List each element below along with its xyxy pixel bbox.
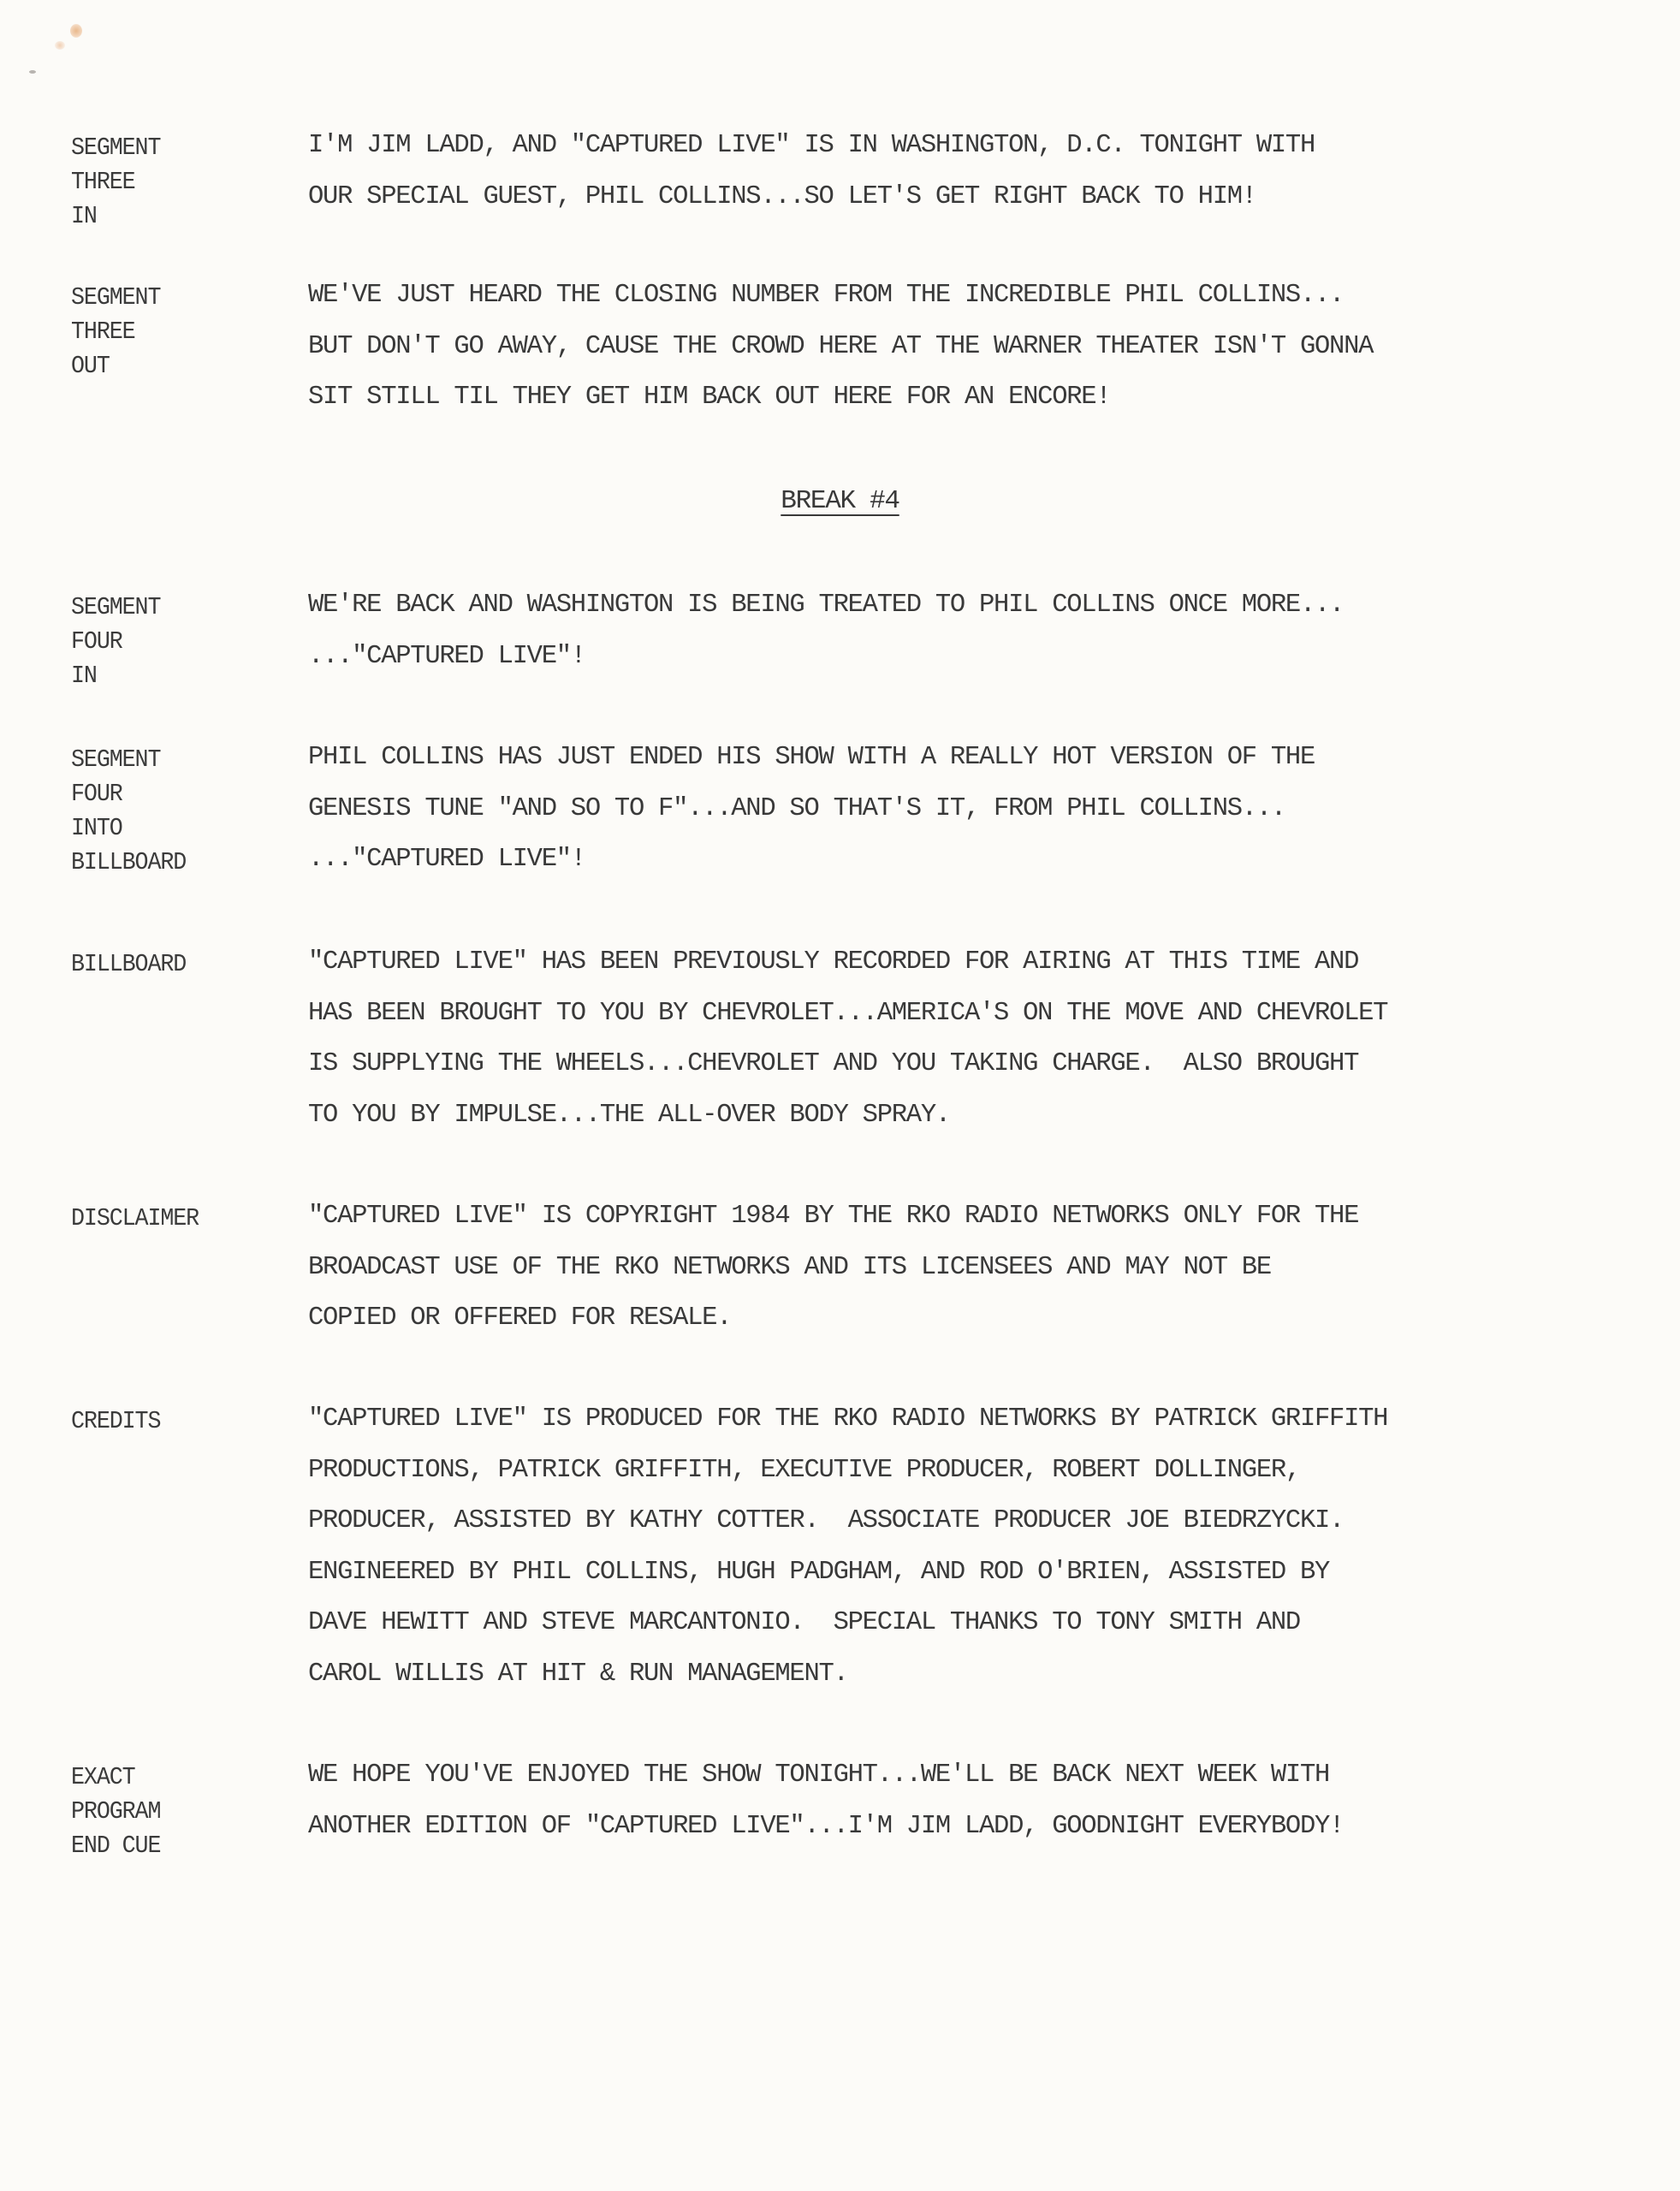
script-page: SEGMENT THREE IN I'M JIM LADD, AND "CAPT…: [0, 0, 1680, 2191]
text-line: ..."CAPTURED LIVE"!: [308, 834, 1624, 885]
text-line: OUR SPECIAL GUEST, PHIL COLLINS...SO LET…: [308, 171, 1624, 223]
section-label: BILLBOARD: [71, 947, 268, 982]
stain-spot: [29, 70, 36, 74]
stain-spot: [70, 24, 82, 38]
text-line: BROADCAST USE OF THE RKO NETWORKS AND IT…: [308, 1242, 1624, 1293]
text-line: CAROL WILLIS AT HIT & RUN MANAGEMENT.: [308, 1648, 1624, 1700]
text-line: PRODUCTIONS, PATRICK GRIFFITH, EXECUTIVE…: [308, 1445, 1624, 1496]
text-line: TO YOU BY IMPULSE...THE ALL-OVER BODY SP…: [308, 1090, 1624, 1141]
section-text: WE'VE JUST HEARD THE CLOSING NUMBER FROM…: [308, 270, 1643, 423]
break-heading-text: BREAK #4: [781, 486, 899, 516]
section-text: PHIL COLLINS HAS JUST ENDED HIS SHOW WIT…: [308, 732, 1643, 885]
text-line: "CAPTURED LIVE" IS PRODUCED FOR THE RKO …: [308, 1393, 1624, 1445]
section-label: SEGMENT THREE OUT: [71, 281, 268, 383]
section-label: EXACT PROGRAM END CUE: [71, 1761, 268, 1863]
text-line: IS SUPPLYING THE WHEELS...CHEVROLET AND …: [308, 1038, 1624, 1090]
section-text: WE'RE BACK AND WASHINGTON IS BEING TREAT…: [308, 579, 1643, 681]
paper-stain: [26, 19, 94, 87]
section-label: DISCLAIMER: [71, 1202, 268, 1236]
section-label: SEGMENT THREE IN: [71, 131, 268, 234]
section-text: "CAPTURED LIVE" IS PRODUCED FOR THE RKO …: [308, 1393, 1643, 1699]
section-label: SEGMENT FOUR IN: [71, 591, 268, 693]
text-line: PRODUCER, ASSISTED BY KATHY COTTER. ASSO…: [308, 1495, 1624, 1547]
text-line: SIT STILL TIL THEY GET HIM BACK OUT HERE…: [308, 371, 1624, 423]
section-text: I'M JIM LADD, AND "CAPTURED LIVE" IS IN …: [308, 120, 1643, 222]
text-line: "CAPTURED LIVE" IS COPYRIGHT 1984 BY THE…: [308, 1191, 1624, 1242]
text-line: BUT DON'T GO AWAY, CAUSE THE CROWD HERE …: [308, 321, 1624, 372]
text-line: ENGINEERED BY PHIL COLLINS, HUGH PADGHAM…: [308, 1547, 1624, 1598]
text-line: HAS BEEN BROUGHT TO YOU BY CHEVROLET...A…: [308, 988, 1624, 1039]
section-text: WE HOPE YOU'VE ENJOYED THE SHOW TONIGHT.…: [308, 1749, 1643, 1851]
section-label: CREDITS: [71, 1404, 268, 1439]
stain-spot: [55, 41, 65, 50]
break-heading: BREAK #4: [0, 484, 1680, 519]
text-line: "CAPTURED LIVE" HAS BEEN PREVIOUSLY RECO…: [308, 936, 1624, 988]
section-label: SEGMENT FOUR INTO BILLBOARD: [71, 743, 268, 880]
section-text: "CAPTURED LIVE" IS COPYRIGHT 1984 BY THE…: [308, 1191, 1643, 1344]
text-line: ANOTHER EDITION OF "CAPTURED LIVE"...I'M…: [308, 1801, 1624, 1852]
text-line: ..."CAPTURED LIVE"!: [308, 631, 1624, 682]
text-line: PHIL COLLINS HAS JUST ENDED HIS SHOW WIT…: [308, 732, 1624, 783]
text-line: WE HOPE YOU'VE ENJOYED THE SHOW TONIGHT.…: [308, 1749, 1624, 1801]
text-line: COPIED OR OFFERED FOR RESALE.: [308, 1292, 1624, 1344]
text-line: DAVE HEWITT AND STEVE MARCANTONIO. SPECI…: [308, 1597, 1624, 1648]
text-line: WE'VE JUST HEARD THE CLOSING NUMBER FROM…: [308, 270, 1624, 321]
text-line: GENESIS TUNE "AND SO TO F"...AND SO THAT…: [308, 783, 1624, 834]
text-line: I'M JIM LADD, AND "CAPTURED LIVE" IS IN …: [308, 120, 1624, 171]
section-text: "CAPTURED LIVE" HAS BEEN PREVIOUSLY RECO…: [308, 936, 1643, 1140]
text-line: WE'RE BACK AND WASHINGTON IS BEING TREAT…: [308, 579, 1624, 631]
